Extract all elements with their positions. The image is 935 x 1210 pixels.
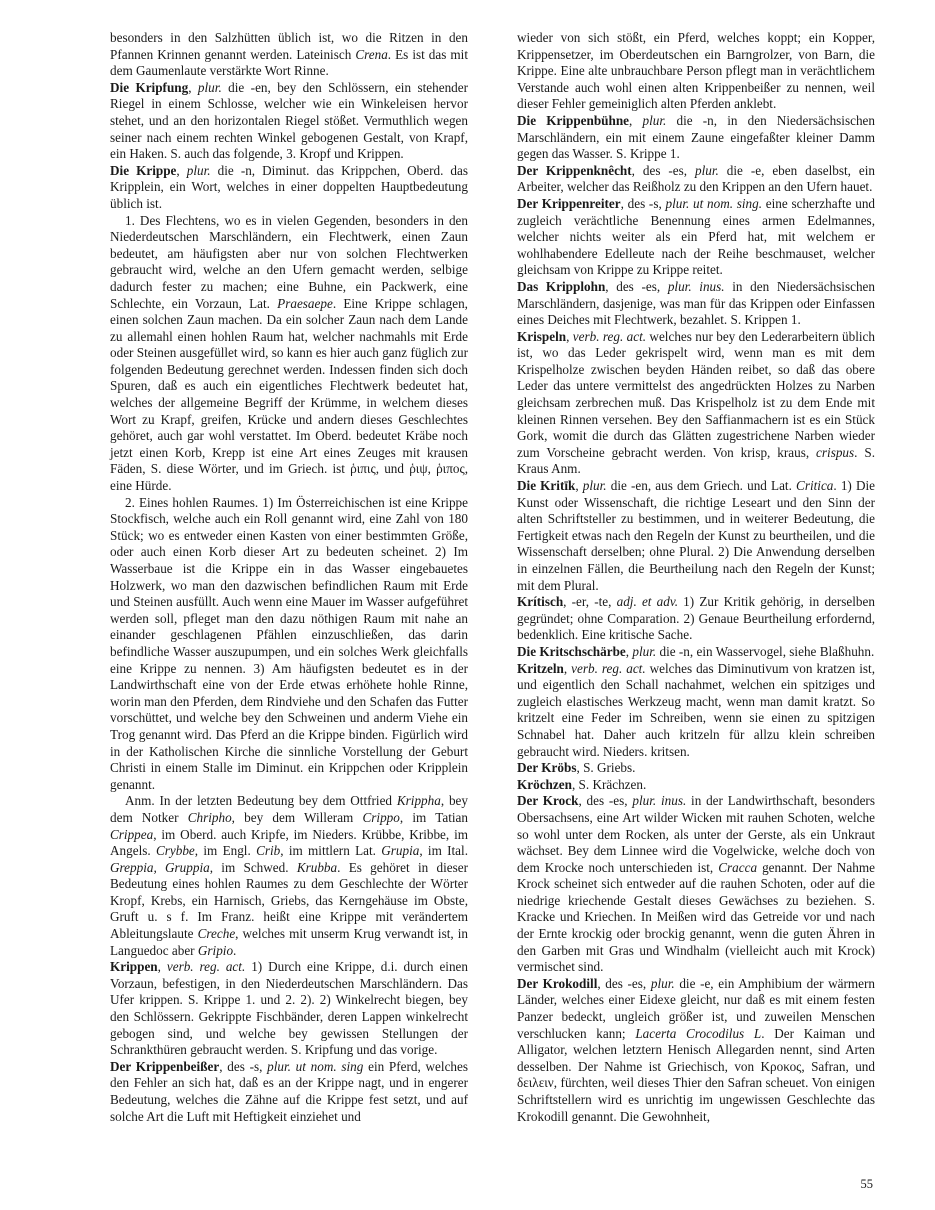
body-text: die -en, aus dem Griech. und Lat. [607, 478, 796, 493]
entry-headword: Die Krippenbühne [517, 113, 629, 128]
body-text: , im Tatian [400, 810, 468, 825]
entry-kripplohn: Das Kripplohn, des -es, plur. inus. in d… [517, 279, 875, 329]
italic-term: Grupia [381, 843, 419, 858]
italic-term: plur. ut nom. sing [267, 1059, 363, 1074]
italic-term: verb. reg. act. [571, 661, 646, 676]
entry-headword: Das Kripplohn [517, 279, 605, 294]
entry-krispeln: Krispeln, verb. reg. act. welches nur be… [517, 329, 875, 478]
entry-headword: Der Krokodill [517, 976, 597, 991]
body-text: , des -s, [219, 1059, 267, 1074]
italic-term: verb. reg. act. [167, 959, 245, 974]
entry-headword: Die Kritīk [517, 478, 575, 493]
left-column: besonders in den Salzhütten üblich ist, … [110, 30, 468, 1125]
entry-kroebs: Der Kröbs, S. Griebs. [517, 760, 875, 777]
body-text: , [575, 478, 582, 493]
italic-term: verb. reg. act. [573, 329, 646, 344]
body-text: . 1) Die Kunst oder Wissenschaft, die ri… [517, 478, 875, 593]
entry-headword: Der Krippenbeißer [110, 1059, 219, 1074]
entry-krippenreiter: Der Krippenreiter, des -s, plur. ut nom.… [517, 196, 875, 279]
entry-headword: Krítisch [517, 594, 563, 609]
entry-krippenbuehne: Die Krippenbühne, plur. die -n, in den N… [517, 113, 875, 163]
entry-kroechzen: Kröchzen, S. Krächzen. [517, 777, 875, 794]
right-column: wieder von sich stößt, ein Pferd, welche… [517, 30, 875, 1125]
body-text: . Eine Krippe schlagen, einen solchen Za… [110, 296, 468, 494]
italic-term: plur. inus. [632, 793, 686, 808]
italic-term: Crippea [110, 827, 153, 842]
italic-term: Krubba [297, 860, 337, 875]
body-text: , [566, 329, 573, 344]
body-text: , des -s, [621, 196, 666, 211]
body-text: welches nur bey den Lederarbeitern üblic… [517, 329, 875, 460]
italic-term: plur. [187, 163, 211, 178]
italic-term: crispus [816, 445, 854, 460]
italic-term: plur. ut nom. sing. [665, 196, 762, 211]
text-block: besonders in den Salzhütten üblich ist, … [110, 30, 875, 1125]
body-text: , des -es, [578, 793, 632, 808]
body-text: , im Schwed. [210, 860, 297, 875]
italic-term: plur. [695, 163, 719, 178]
entry-krippe: Die Krippe, plur. die -n, Diminut. das K… [110, 163, 468, 213]
body-text: die -n, ein Wasservogel, siehe Blaßhuhn. [656, 644, 874, 659]
italic-term: plur. [583, 478, 607, 493]
entry-headword: Kröchzen [517, 777, 572, 792]
entry-headword: Der Krock [517, 793, 578, 808]
entry-kritzeln: Kritzeln, verb. reg. act. welches das Di… [517, 661, 875, 761]
body-text: 2. Eines hohlen Raumes. 1) Im Österreich… [110, 495, 468, 792]
entry-headword: Der Krippenknêcht [517, 163, 632, 178]
sense-1-paragraph: 1. Des Flechtens, wo es in vielen Gegend… [110, 213, 468, 495]
italic-term: adj. et adv. [617, 594, 678, 609]
italic-term: Praesaepe [277, 296, 333, 311]
entry-headword: Kritzeln [517, 661, 564, 676]
entry-headword: Die Kripfung [110, 80, 188, 95]
body-text: , im mittlern Lat. [280, 843, 381, 858]
continuation-paragraph: besonders in den Salzhütten üblich ist, … [110, 30, 468, 80]
body-text: , bey dem Willeram [232, 810, 363, 825]
italic-term: Lacerta Crocodilus L [635, 1026, 761, 1041]
italic-term: plur. [632, 644, 656, 659]
entry-kritschschaerbe: Die Kritschschärbe, plur. die -n, ein Wa… [517, 644, 875, 661]
body-text: , im Ital. [419, 843, 468, 858]
italic-term: plur. [651, 976, 675, 991]
italic-term: Creche [198, 926, 236, 941]
body-text: , [188, 80, 198, 95]
body-text: , S. Griebs. [576, 760, 635, 775]
entry-kripfung: Die Kripfung, plur. die -en, bey den Sch… [110, 80, 468, 163]
entry-krock: Der Krock, des -es, plur. inus. in der L… [517, 793, 875, 976]
entry-headword: Krispeln [517, 329, 566, 344]
body-text: . [233, 943, 236, 958]
italic-term: Crib [256, 843, 280, 858]
page-number: 55 [861, 1176, 874, 1192]
italic-term: Crena [355, 47, 387, 62]
entry-krippen: Krippen, verb. reg. act. 1) Durch eine K… [110, 959, 468, 1059]
entry-kritisch: Krítisch, -er, -te, adj. et adv. 1) Zur … [517, 594, 875, 644]
body-text: , [176, 163, 186, 178]
italic-term: Krippha [397, 793, 441, 808]
dictionary-page: besonders in den Salzhütten üblich ist, … [0, 0, 935, 1210]
entry-headword: Krippen [110, 959, 158, 974]
italic-term: Gripio [198, 943, 233, 958]
body-text: , [629, 113, 642, 128]
continuation-paragraph: wieder von sich stößt, ein Pferd, welche… [517, 30, 875, 113]
italic-term: Cracca [718, 860, 757, 875]
body-text: , des -es, [605, 279, 668, 294]
entry-headword: Die Krippe [110, 163, 176, 178]
body-text: Anm. In der letzten Bedeutung bey dem Ot… [125, 793, 397, 808]
sense-2-paragraph: 2. Eines hohlen Raumes. 1) Im Österreich… [110, 495, 468, 794]
body-text: , -er, -te, [563, 594, 616, 609]
entry-kritik: Die Kritīk, plur. die -en, aus dem Griec… [517, 478, 875, 594]
italic-term: plur. inus. [668, 279, 725, 294]
body-text: wieder von sich stößt, ein Pferd, welche… [517, 30, 875, 111]
italic-term: Crippo [363, 810, 400, 825]
body-text: , [158, 959, 167, 974]
anmerkung-paragraph: Anm. In der letzten Bedeutung bey dem Ot… [110, 793, 468, 959]
body-text: , S. Krächzen. [572, 777, 646, 792]
italic-term: Greppia, Gruppia [110, 860, 210, 875]
entry-krippenknecht: Der Krippenknêcht, des -es, plur. die -e… [517, 163, 875, 196]
entry-headword: Die Kritschschärbe [517, 644, 626, 659]
body-text: , des -es, [597, 976, 650, 991]
italic-term: Crybbe [156, 843, 195, 858]
body-text: , im Engl. [195, 843, 256, 858]
entry-headword: Der Krippenreiter [517, 196, 621, 211]
italic-term: Chripho [188, 810, 232, 825]
italic-term: plur. [198, 80, 222, 95]
body-text: , des -es, [632, 163, 695, 178]
entry-krokodill: Der Krokodill, des -es, plur. die -e, ei… [517, 976, 875, 1125]
entry-headword: Der Kröbs [517, 760, 576, 775]
body-text: genannt. Der Nahme Krock scheinet sich e… [517, 860, 875, 975]
italic-term: plur. [643, 113, 667, 128]
italic-term: Critica [796, 478, 833, 493]
entry-krippenbeisser: Der Krippenbeißer, des -s, plur. ut nom.… [110, 1059, 468, 1125]
